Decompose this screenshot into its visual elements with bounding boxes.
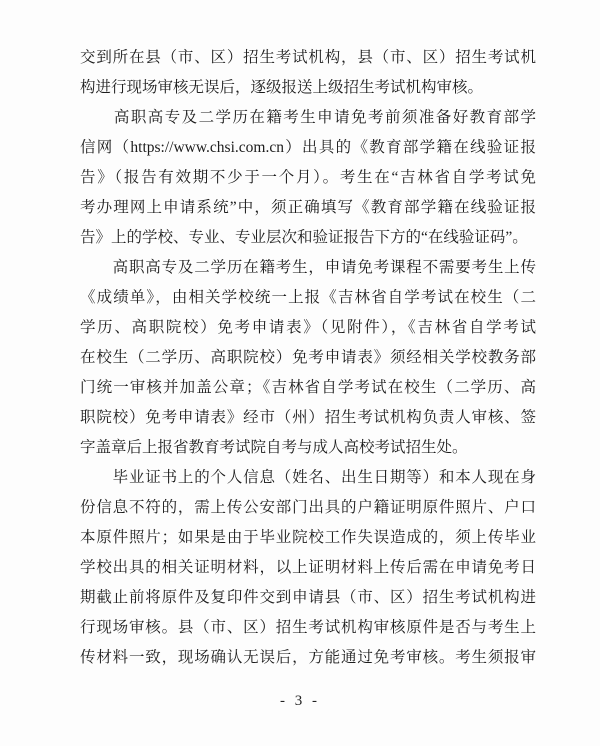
text-line: 在校生（二学历、高职院校）免考申请表》须经相关学校教务部 (80, 343, 536, 373)
text-line: 毕业证书上的个人信息（姓名、出生日期等）和本人现在身 (80, 463, 536, 493)
text-line: 告》（报告有效期不少于一个月）。考生在“吉林省自学考试免 (80, 163, 536, 193)
text-line: 职院校）免考申请表》经市（州）招生考试机构负责人审核、签 (80, 403, 536, 433)
document-body: 交到所在县（市、区）招生考试机构，县（市、区）招生考试机 构进行现场审核无误后，… (80, 43, 536, 673)
text-line: 高职高专及二学历在籍考生，申请免考课程不需要考生上传 (80, 253, 536, 283)
text-line: 本原件照片；如果是由于毕业院校工作失误造成的，须上传毕业 (80, 523, 536, 553)
text-line: 《成绩单》，由相关学校统一上报《吉林省自学考试在校生（二 (80, 283, 536, 313)
document-page: 交到所在县（市、区）招生考试机构，县（市、区）招生考试机 构进行现场审核无误后，… (0, 0, 600, 746)
text-line: 份信息不符的，需上传公安部门出具的户籍证明原件照片、户口 (80, 493, 536, 523)
page-number: - 3 - (0, 686, 600, 716)
text-line: 信网（https://www.chsi.com.cn）出具的《教育部学籍在线验证… (80, 133, 536, 163)
text-line: 期截止前将原件及复印件交到申请县（市、区）招生考试机构进 (80, 583, 536, 613)
text-line: 考办理网上申请系统”中，须正确填写《教育部学籍在线验证报 (80, 193, 536, 223)
text-line: 高职高专及二学历在籍考生申请免考前须准备好教育部学 (80, 103, 536, 133)
text-line: 构进行现场审核无误后，逐级报送上级招生考试机构审核。 (80, 73, 536, 103)
paragraph: 高职高专及二学历在籍考生，申请免考课程不需要考生上传 《成绩单》，由相关学校统一… (80, 253, 536, 463)
text-line: 字盖章后上报省教育考试院自考与成人高校考试招生处。 (80, 433, 536, 463)
text-line: 学历、高职院校）免考申请表》（见附件），《吉林省自学考试 (80, 313, 536, 343)
paragraph: 交到所在县（市、区）招生考试机构，县（市、区）招生考试机 构进行现场审核无误后，… (80, 43, 536, 103)
paragraph: 高职高专及二学历在籍考生申请免考前须准备好教育部学 信网（https://www… (80, 103, 536, 253)
text-line: 传材料一致，现场确认无误后，方能通过免考审核。考生须报审 (80, 643, 536, 673)
paragraph: 毕业证书上的个人信息（姓名、出生日期等）和本人现在身 份信息不符的，需上传公安部… (80, 463, 536, 673)
text-line: 学校出具的相关证明材料，以上证明材料上传后需在申请免考日 (80, 553, 536, 583)
text-line: 行现场审核。县（市、区）招生考试机构审核原件是否与考生上 (80, 613, 536, 643)
text-line: 门统一审核并加盖公章；《吉林省自学考试在校生（二学历、高 (80, 373, 536, 403)
text-line: 交到所在县（市、区）招生考试机构，县（市、区）招生考试机 (80, 43, 536, 73)
text-line: 告》上的学校、专业、专业层次和验证报告下方的“在线验证码”。 (80, 223, 536, 253)
